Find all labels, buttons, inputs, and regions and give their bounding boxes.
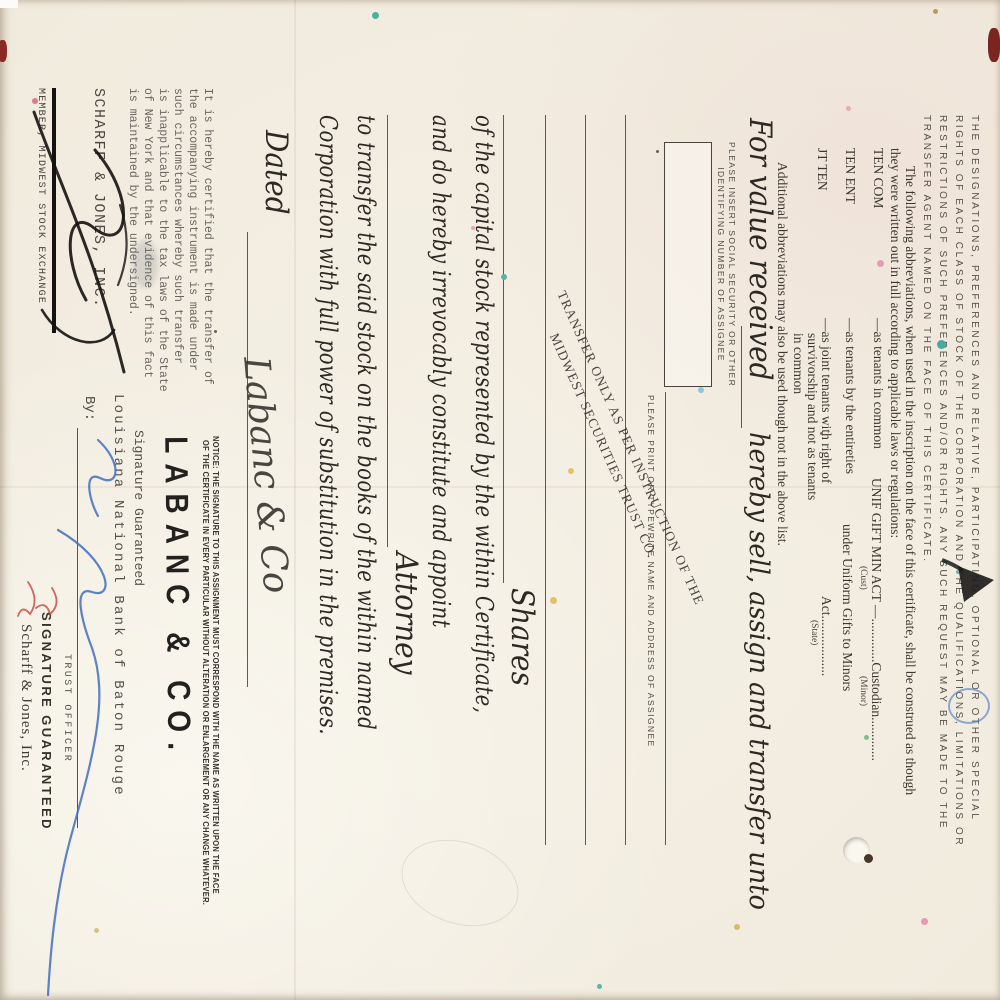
ink-arrow-mark [958,566,994,602]
stock-certificate-back-scan: THE DESIGNATIONS, PREFERENCES AND RELATI… [0,0,1000,1000]
ink-arrow-tail [942,560,962,570]
ink-arrow-layer [0,0,1000,1000]
